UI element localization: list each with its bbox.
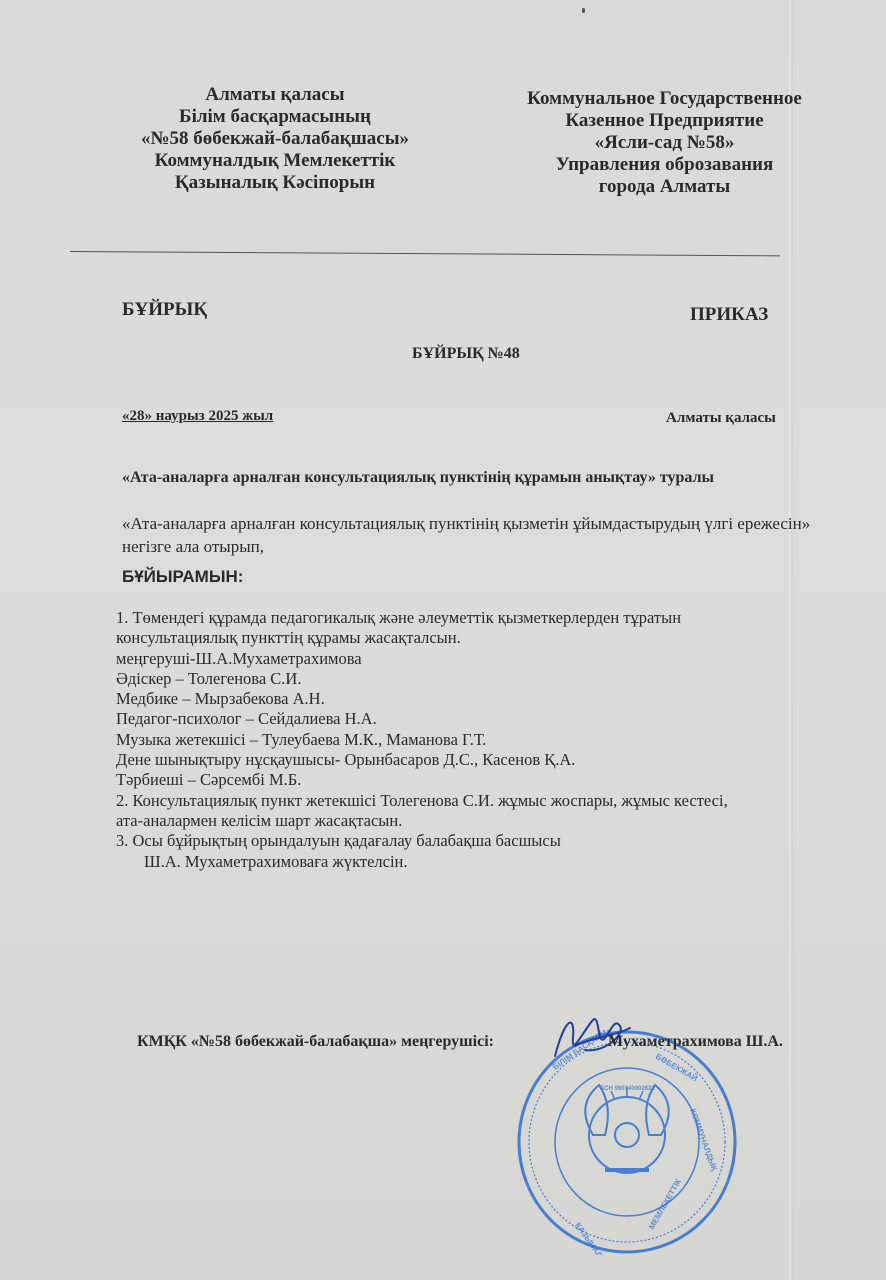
document-page: Алматы қаласы Білім басқармасының «№58 б… <box>0 0 886 1280</box>
body-line: Тәрбиеші – Сәрсембі М.Б. <box>116 770 836 790</box>
svg-text:МЕМЛЕКЕТТІК: МЕМЛЕКЕТТІК <box>647 1177 683 1231</box>
body-line: 3. Осы бұйрықтың орындалуын қадағалау ба… <box>116 831 836 851</box>
signature-position: КМҚК «№58 бөбекжай-балабақша» меңгерушіс… <box>137 1033 494 1051</box>
order-body: 1. Төмендегі құрамда педагогикалық және … <box>116 608 836 872</box>
title-russian: ПРИКАЗ <box>690 304 768 326</box>
order-word: БҰЙЫРАМЫН: <box>122 567 243 587</box>
header-kk-line: Коммуналдық Мемлекеттік <box>110 150 440 172</box>
header-divider <box>70 251 780 256</box>
header-ru-line: Управления оброзавания <box>492 154 837 176</box>
header-kazakh: Алматы қаласы Білім басқармасының «№58 б… <box>110 84 440 194</box>
header-ru-line: «Ясли-сад №58» <box>492 132 837 154</box>
body-line: Әдіскер – Толегенова С.И. <box>116 669 836 689</box>
body-line: Дене шынықтыру нұсқаушысы- Орынбасаров Д… <box>116 750 836 770</box>
header-kk-line: Білім басқармасының <box>110 106 440 128</box>
header-kk-line: Алматы қаласы <box>110 84 440 106</box>
body-line: Музыка жетекшісі – Тулеубаева М.К., Мама… <box>116 730 836 750</box>
header-ru-line: города Алматы <box>492 176 837 198</box>
header-kk-line: Қазыналық Кәсіпорын <box>110 172 440 194</box>
order-subject: «Ата-аналарға арналған консультациялық п… <box>122 469 714 487</box>
order-number: БҰЙРЫҚ №48 <box>412 345 520 363</box>
order-date: «28» наурыз 2025 жыл <box>122 408 273 425</box>
paper-speck <box>582 8 585 13</box>
header-ru-line: Коммунальное Государственное <box>492 88 837 110</box>
svg-text:КОММУНАЛДЫҚ: КОММУНАЛДЫҚ <box>688 1108 719 1172</box>
signature-name: Мухаметрахимова Ш.А. <box>608 1033 783 1051</box>
header-kk-line: «№58 бөбекжай-балабақшасы» <box>110 128 440 150</box>
body-line: меңгеруші-Ш.А.Мухаметрахимова <box>116 649 836 669</box>
order-city: Алматы қаласы <box>666 410 776 427</box>
body-line: 1. Төмендегі құрамда педагогикалық және … <box>116 608 836 628</box>
body-line: Ш.А. Мухаметрахимоваға жүктелсін. <box>116 852 836 872</box>
order-basis: «Ата-аналарға арналған консультациялық п… <box>122 512 822 558</box>
header-russian: Коммунальное Государственное Казенное Пр… <box>492 88 837 198</box>
body-line: 2. Консультациялық пункт жетекшісі Толег… <box>116 791 836 811</box>
body-line: Педагог-психолог – Сейдалиева Н.А. <box>116 709 836 729</box>
body-line: Медбике – Мырзабекова А.Н. <box>116 689 836 709</box>
svg-text:БСН 990340002832: БСН 990340002832 <box>600 1086 655 1092</box>
body-line: консультациялық пункттің құрамы жасақтал… <box>116 628 836 648</box>
body-line: ата-аналармен келісім шарт жасақтасын. <box>116 811 836 831</box>
header-ru-line: Казенное Предприятие <box>492 110 837 132</box>
title-kazakh: БҰЙРЫҚ <box>122 299 207 321</box>
